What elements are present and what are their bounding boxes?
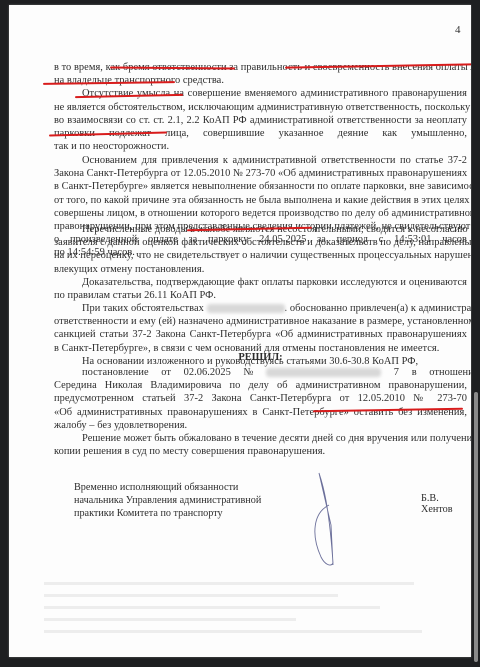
handwritten-signature-icon <box>309 465 349 575</box>
scrollbar[interactable] <box>472 0 480 667</box>
scrollbar-thumb[interactable] <box>474 392 478 662</box>
page-number: 4 <box>455 24 461 36</box>
paragraph-burden: в то время, как бремя ответственности за… <box>54 61 467 153</box>
redacted-number <box>266 368 381 377</box>
signatory-position: Временно исполняющий обязанности начальн… <box>74 481 261 520</box>
document-page: 4 в то время, как бремя ответственности … <box>9 5 471 657</box>
redacted-name <box>207 304 285 313</box>
decision-heading: РЕШИЛ: <box>54 351 467 364</box>
paragraph-arguments: Перечисленные доводы в жалобе являются н… <box>54 223 467 302</box>
paragraph-decision: постановление от 02.06.2025 № 7 в отноше… <box>54 366 467 458</box>
signer-name: Б.В. Хентов <box>421 493 471 515</box>
bleed-through-text <box>44 573 464 653</box>
